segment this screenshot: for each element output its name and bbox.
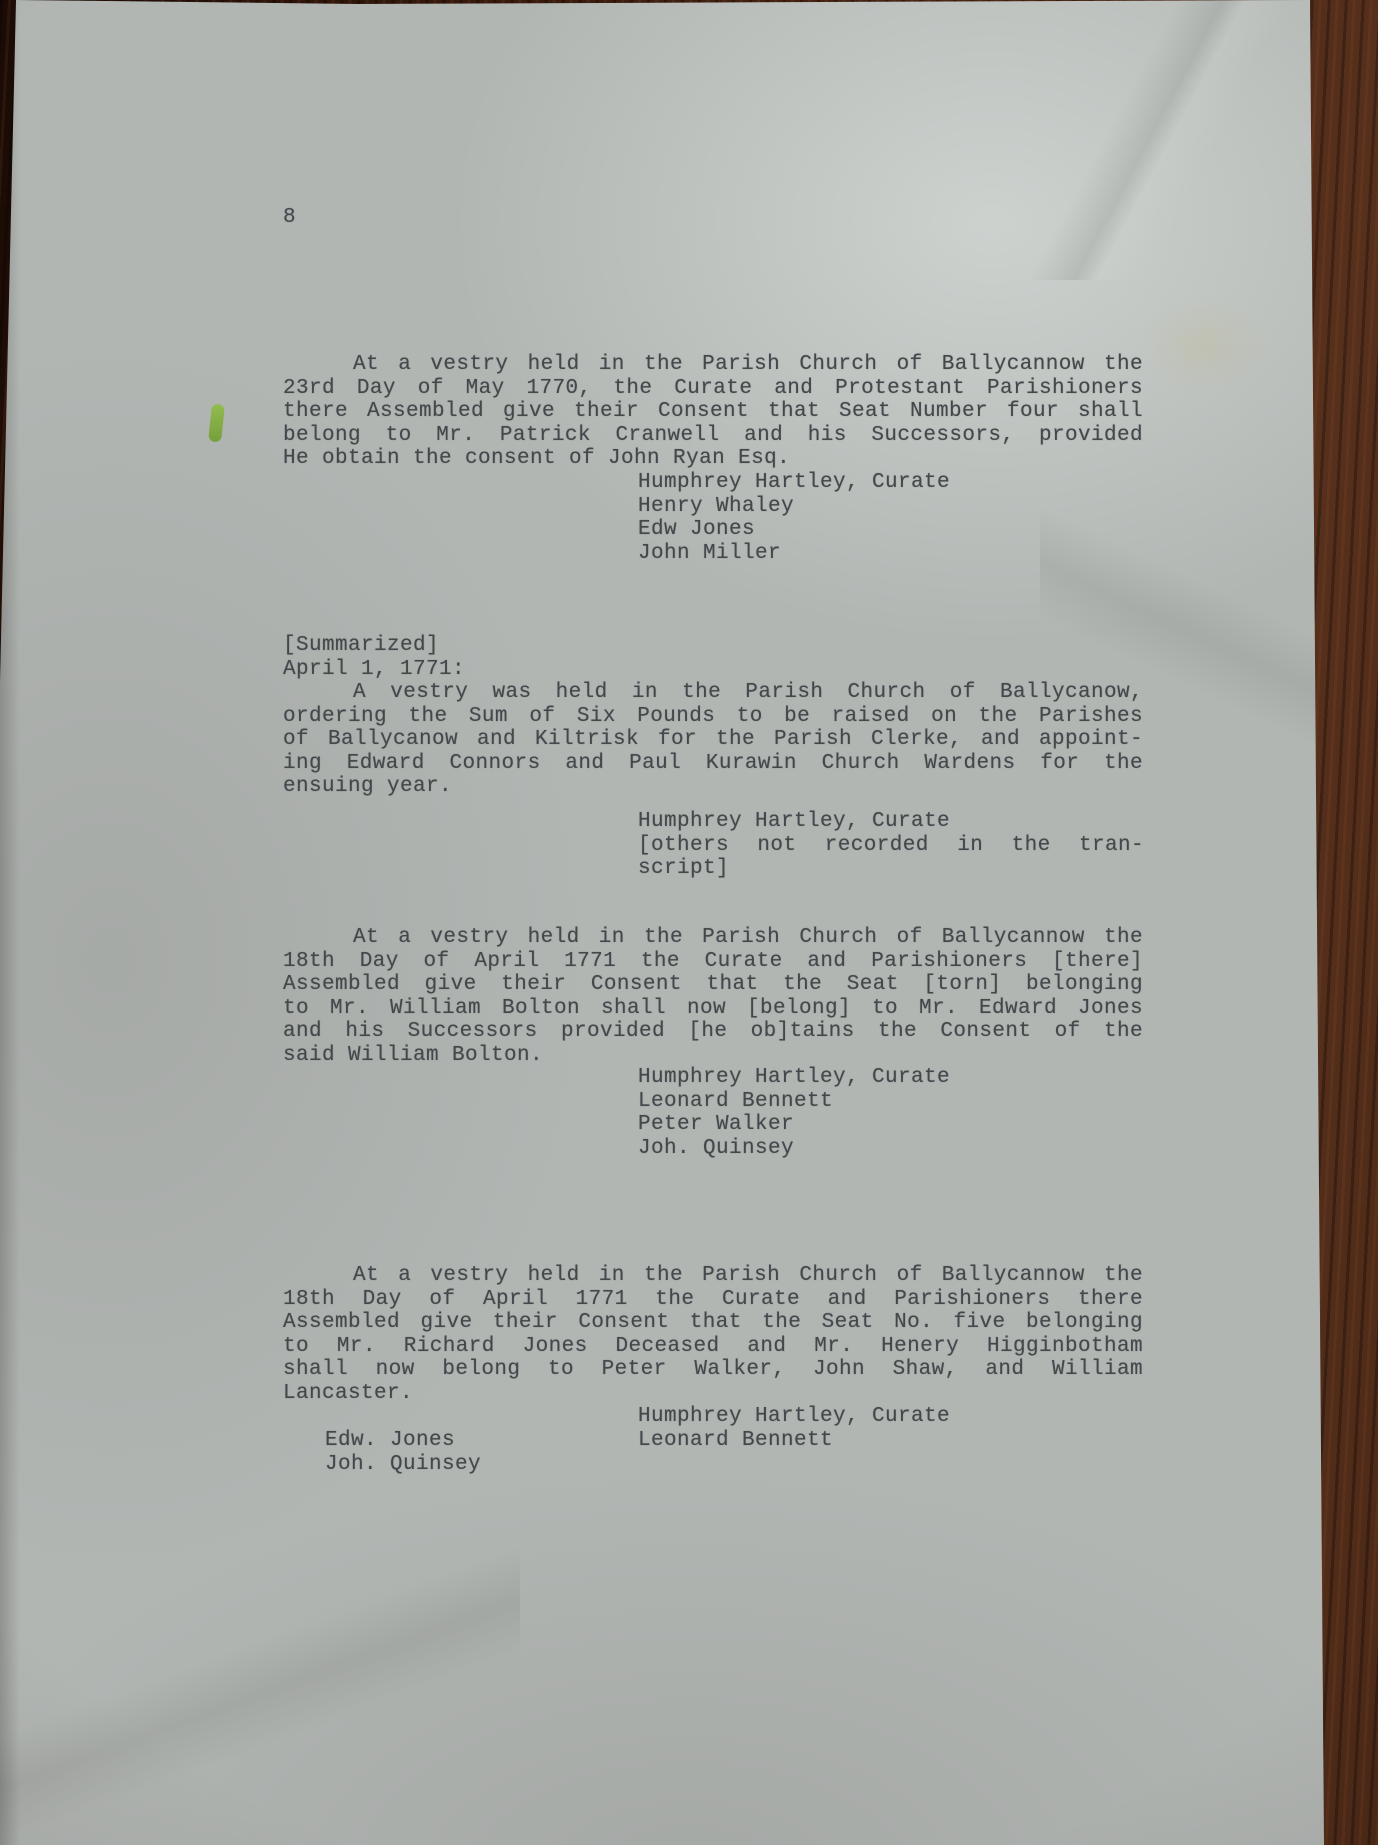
vestry-entry-1-paragraph: At a vestry held in the Parish Church of…: [283, 353, 1143, 471]
vestry-entry-1-signatures: Humphrey Hartley, CurateHenry WhaleyEdw …: [638, 471, 950, 565]
text-line: At a vestry held in the Parish Church of…: [283, 1264, 1143, 1288]
vestry-entry-2-signatures: Humphrey Hartley, Curate[others not reco…: [638, 810, 1144, 881]
vestry-entry-2-paragraph: A vestry was held in the Parish Church o…: [283, 681, 1143, 799]
text-line: shall now belong to Peter Walker, John S…: [283, 1358, 1143, 1382]
vestry-entry-4-signatures-right: Humphrey Hartley, CurateLeonard Bennett: [638, 1405, 950, 1452]
text-line: Assembled give their Consent that the Se…: [283, 1311, 1143, 1335]
text-line: A vestry was held in the Parish Church o…: [283, 681, 1143, 705]
text-line: there Assembled give their Consent that …: [283, 400, 1143, 424]
vestry-entry-4-signatures-left: Edw. JonesJoh. Quinsey: [325, 1429, 481, 1476]
green-highlighter-mark: [208, 403, 225, 442]
text-line: 23rd Day of May 1770, the Curate and Pro…: [283, 377, 1143, 401]
text-line: Peter Walker: [638, 1113, 950, 1137]
text-line: 18th Day of April 1771 the Curate and Pa…: [283, 950, 1143, 974]
vestry-entry-3-signatures: Humphrey Hartley, CurateLeonard BennettP…: [638, 1066, 950, 1160]
text-line: script]: [638, 857, 1144, 881]
vestry-entry-3-paragraph: At a vestry held in the Parish Church of…: [283, 926, 1143, 1067]
text-line: [Summarized]: [283, 634, 465, 658]
text-line: Humphrey Hartley, Curate: [638, 1405, 950, 1429]
text-line: Humphrey Hartley, Curate: [638, 471, 950, 495]
text-line: of Ballycanow and Kiltrisk for the Paris…: [283, 728, 1143, 752]
vestry-entry-4-paragraph: At a vestry held in the Parish Church of…: [283, 1264, 1143, 1405]
text-line: April 1, 1771:: [283, 658, 465, 682]
text-line: to Mr. William Bolton shall now [belong]…: [283, 997, 1143, 1021]
text-line: [others not recorded in the tran-: [638, 834, 1144, 858]
text-line: Leonard Bennett: [638, 1429, 950, 1453]
text-line: to Mr. Richard Jones Deceased and Mr. He…: [283, 1335, 1143, 1359]
text-line: Leonard Bennett: [638, 1090, 950, 1114]
text-line: 18th Day of April 1771 the Curate and Pa…: [283, 1288, 1143, 1312]
text-line: ordering the Sum of Six Pounds to be rai…: [283, 705, 1143, 729]
page-number: 8: [283, 206, 296, 230]
text-line: Humphrey Hartley, Curate: [638, 1066, 950, 1090]
document-page: 8 At a vestry held in the Parish Church …: [0, 0, 1378, 1845]
text-line: Lancaster.: [283, 1382, 1143, 1406]
text-line: ensuing year.: [283, 775, 1143, 799]
text-line: Henry Whaley: [638, 495, 950, 519]
paper-crease: [950, 0, 1370, 280]
text-line: Edw Jones: [638, 518, 950, 542]
text-line: At a vestry held in the Parish Church of…: [283, 926, 1143, 950]
text-line: Humphrey Hartley, Curate: [638, 810, 1144, 834]
text-line: Joh. Quinsey: [638, 1137, 950, 1161]
text-line: Edw. Jones: [325, 1429, 481, 1453]
text-line: said William Bolton.: [283, 1044, 1143, 1068]
text-line: John Miller: [638, 542, 950, 566]
text-line: He obtain the consent of John Ryan Esq.: [283, 447, 1143, 471]
text-line: and his Successors provided [he ob]tains…: [283, 1020, 1143, 1044]
text-line: Assembled give their Consent that the Se…: [283, 973, 1143, 997]
text-line: At a vestry held in the Parish Church of…: [283, 353, 1143, 377]
paper-stain: [1140, 295, 1270, 395]
text-line: belong to Mr. Patrick Cranwell and his S…: [283, 424, 1143, 448]
paper-crease: [0, 1490, 520, 1845]
text-line: ing Edward Connors and Paul Kurawin Chur…: [283, 752, 1143, 776]
text-line: Joh. Quinsey: [325, 1453, 481, 1477]
vestry-entry-2-heading: [Summarized]April 1, 1771:: [283, 634, 465, 681]
